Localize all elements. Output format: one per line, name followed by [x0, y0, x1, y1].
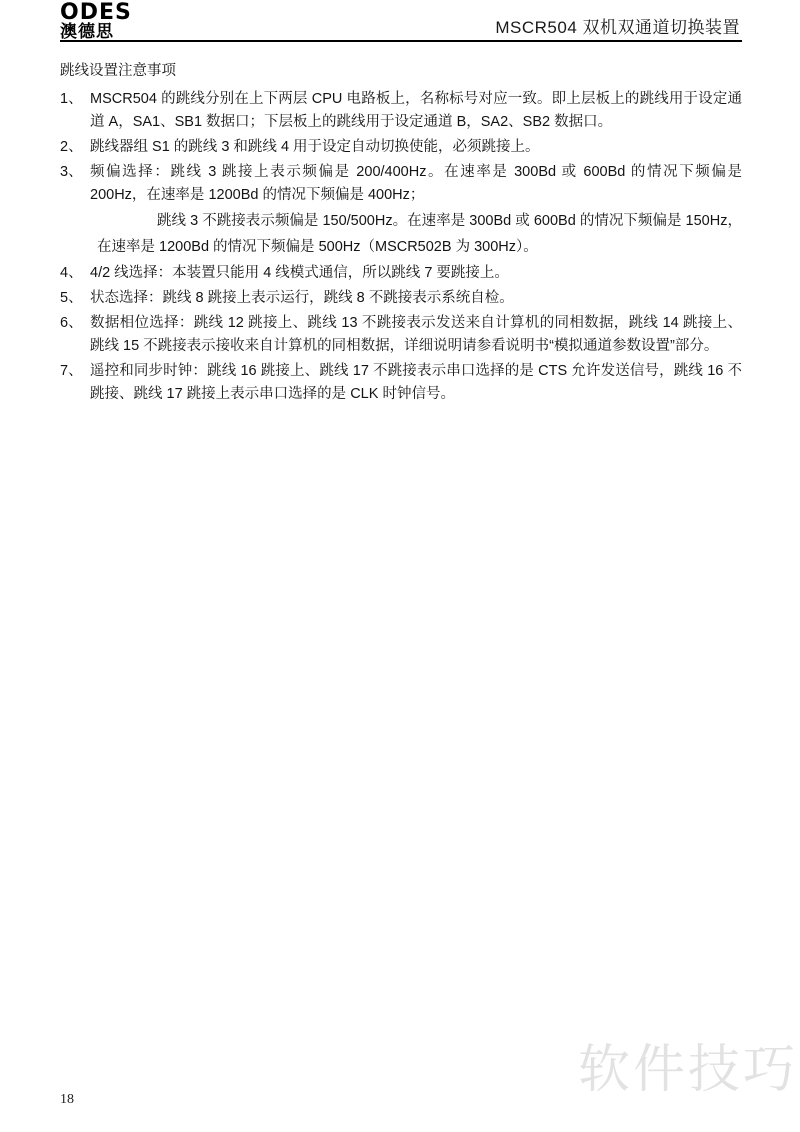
list-item-number: 6、 — [60, 312, 90, 358]
list-item-number: 2、 — [60, 136, 90, 159]
header-title: MSCR504 双机双通道切换装置 — [495, 13, 740, 38]
list-item: 7、 遥控和同步时钟：跳线 16 跳接上、跳线 17 不跳接表示串口选择的是 C… — [60, 360, 742, 406]
list-item-text: 遥控和同步时钟：跳线 16 跳接上、跳线 17 不跳接表示串口选择的是 CTS … — [90, 360, 742, 406]
list-item-text: 频偏选择：跳线 3 跳接上表示频偏是 200/400Hz。在速率是 300Bd … — [90, 161, 742, 260]
logo-text-en: ODES — [60, 3, 132, 22]
list-item: 2、 跳线器组 S1 的跳线 3 和跳线 4 用于设定自动切换使能，必须跳接上。 — [60, 136, 742, 159]
list-item: 5、 状态选择：跳线 8 跳接上表示运行，跳线 8 不跳接表示系统自检。 — [60, 287, 742, 310]
list-item-number: 1、 — [60, 88, 90, 134]
list-item: 4、 4/2 线选择：本装置只能用 4 线模式通信，所以跳线 7 要跳接上。 — [60, 262, 742, 285]
list-item: 6、 数据相位选择：跳线 12 跳接上、跳线 13 不跳接表示发送来自计算机的同… — [60, 312, 742, 358]
list-item-text: MSCR504 的跳线分别在上下两层 CPU 电路板上，名称标号对应一致。即上层… — [90, 88, 742, 134]
document-page: ODES 澳德思 MSCR504 双机双通道切换装置 跳线设置注意事项 1、 M… — [0, 0, 800, 1132]
list-item-number: 4、 — [60, 262, 90, 285]
list-item-main-paragraph: 频偏选择：跳线 3 跳接上表示频偏是 200/400Hz。在速率是 300Bd … — [90, 161, 742, 207]
section-title: 跳线设置注意事项 — [60, 60, 742, 82]
list-item-number: 7、 — [60, 360, 90, 406]
odes-logo: ODES 澳德思 — [60, 3, 132, 41]
list-item-text: 跳线器组 S1 的跳线 3 和跳线 4 用于设定自动切换使能，必须跳接上。 — [90, 136, 742, 159]
list-item-number: 3、 — [60, 161, 90, 260]
list-item-text: 4/2 线选择：本装置只能用 4 线模式通信，所以跳线 7 要跳接上。 — [90, 262, 742, 285]
list-item: 1、 MSCR504 的跳线分别在上下两层 CPU 电路板上，名称标号对应一致。… — [60, 88, 742, 134]
list-item: 3、 频偏选择：跳线 3 跳接上表示频偏是 200/400Hz。在速率是 300… — [60, 161, 742, 260]
list-item-number: 5、 — [60, 287, 90, 310]
list-item-text: 数据相位选择：跳线 12 跳接上、跳线 13 不跳接表示发送来自计算机的同相数据… — [90, 312, 742, 358]
header-rule — [60, 40, 742, 42]
list-item-sub-paragraph: 跳线 3 不跳接表示频偏是 150/500Hz。在速率是 300Bd 或 600… — [90, 208, 742, 260]
list-item-text: 状态选择：跳线 8 跳接上表示运行，跳线 8 不跳接表示系统自检。 — [90, 287, 742, 310]
document-body: 跳线设置注意事项 1、 MSCR504 的跳线分别在上下两层 CPU 电路板上，… — [60, 60, 742, 408]
watermark: 软件技巧 — [578, 1040, 798, 1100]
page-number: 18 — [60, 1092, 74, 1108]
